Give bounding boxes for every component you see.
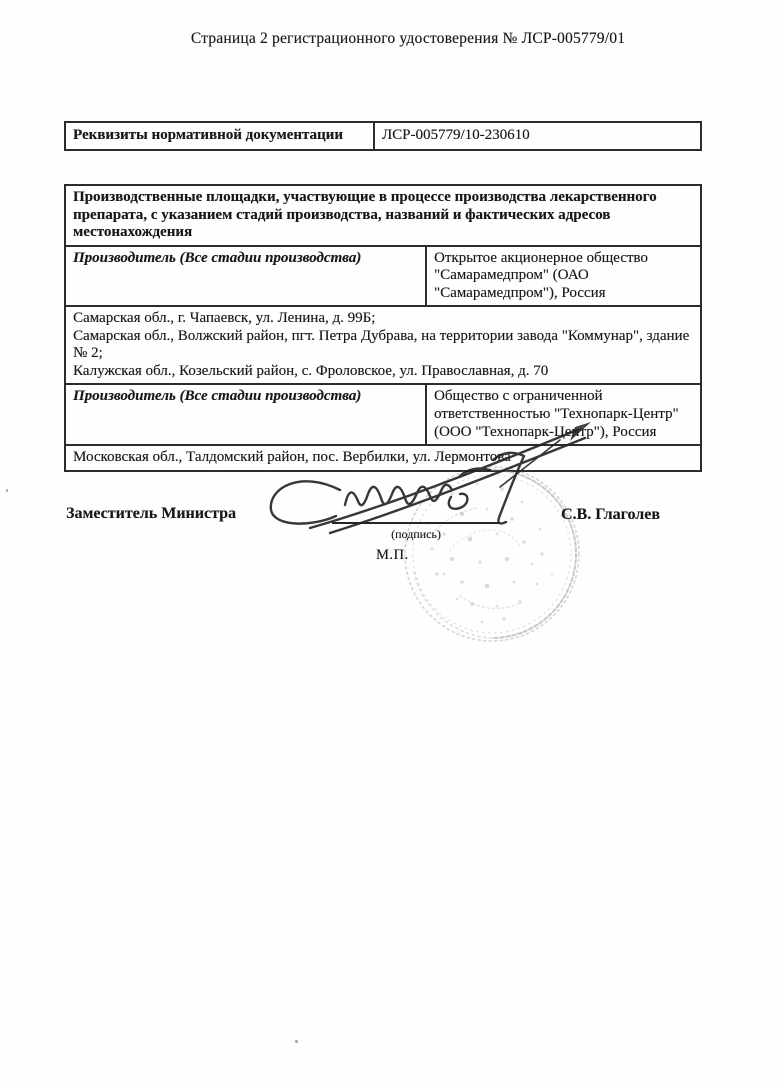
table-row: Производственные площадки, участвующие в… bbox=[65, 185, 701, 246]
producer-value-1: Открытое акционерное общество "Самарамед… bbox=[426, 246, 701, 307]
signature-handwriting bbox=[255, 413, 600, 548]
scan-dust-speck bbox=[6, 489, 8, 492]
requisites-table: Реквизиты нормативной документации ЛСР-0… bbox=[64, 121, 702, 151]
seal-place-abbr: М.П. bbox=[376, 547, 409, 564]
table-row: Реквизиты нормативной документации ЛСР-0… bbox=[65, 122, 701, 150]
scan-dust-speck bbox=[295, 1040, 298, 1043]
table-row: Производитель (Все стадии производства) … bbox=[65, 246, 701, 307]
production-table-header: Производственные площадки, участвующие в… bbox=[65, 185, 701, 246]
producer-label-1: Производитель (Все стадии производства) bbox=[65, 246, 426, 307]
page-title: Страница 2 регистрационного удостоверени… bbox=[100, 30, 716, 48]
requisites-label: Реквизиты нормативной документации bbox=[65, 122, 374, 150]
document-page: Страница 2 регистрационного удостоверени… bbox=[0, 0, 783, 1089]
producer-addresses-1: Самарская обл., г. Чапаевск, ул. Ленина,… bbox=[65, 306, 701, 384]
deputy-minister-title: Заместитель Министра bbox=[66, 505, 236, 523]
requisites-value: ЛСР-005779/10-230610 bbox=[374, 122, 701, 150]
table-row: Самарская обл., г. Чапаевск, ул. Ленина,… bbox=[65, 306, 701, 384]
